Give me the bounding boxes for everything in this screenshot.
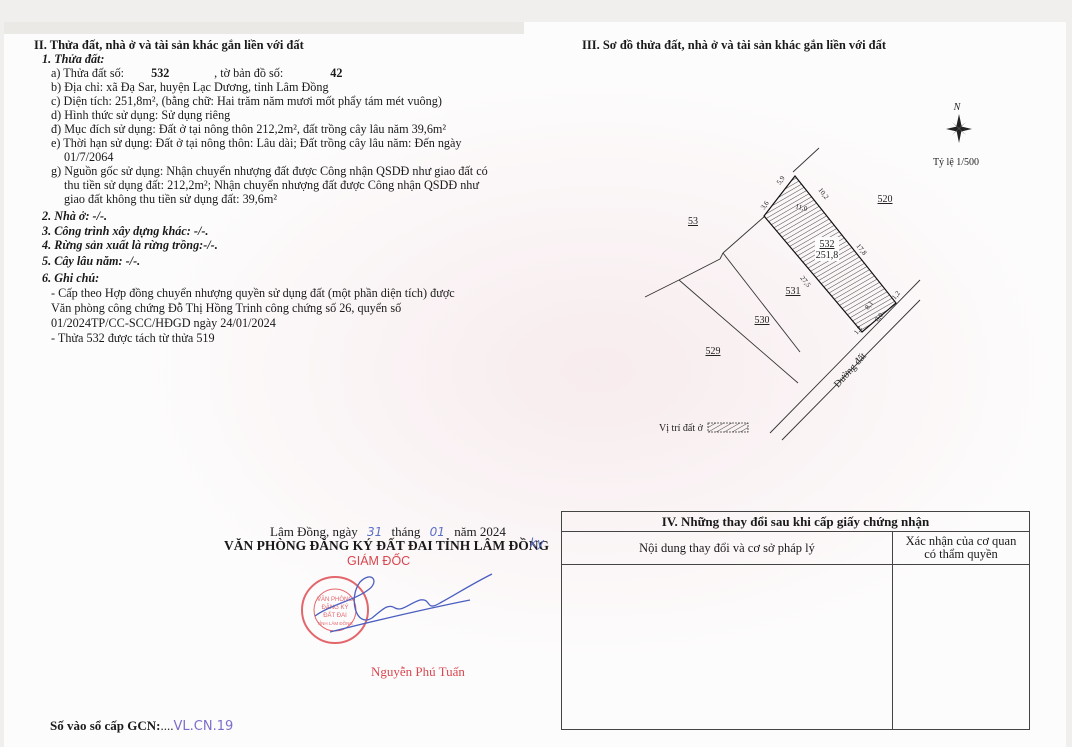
column-change-content: Nội dung thay đổi và cơ sở pháp lý (562, 532, 893, 565)
change-content-cell (562, 565, 893, 730)
legend-hatch-swatch (708, 423, 748, 432)
director-title: GIÁM ĐỐC (347, 554, 410, 568)
svg-text:N: N (953, 102, 962, 113)
parcel-53-label: 53 (688, 216, 698, 227)
road-label: Đường đất (832, 351, 869, 390)
registry-value: VL.CN.19 (174, 719, 234, 734)
section-4-title: IV. Những thay đổi sau khi cấp giấy chứn… (562, 512, 1030, 532)
registry-line: Số vào sổ cấp GCN:....VL.CN.19 (50, 718, 233, 734)
office-name: VĂN PHÒNG ĐĂNG KÝ ĐẤT ĐAI TỈNH LÂM ĐỒNG (224, 538, 549, 554)
compass-rose-icon: N (946, 102, 972, 143)
handwritten-month: 01 (430, 525, 445, 539)
svg-text:TỈNH LÂM ĐỒNG: TỈNH LÂM ĐỒNG (317, 620, 353, 626)
dim-10-2: 10,2 (816, 186, 830, 201)
legend-label: Vị trí đất ở (659, 423, 704, 434)
signer-name: Nguyễn Phú Tuấn (371, 664, 465, 680)
handwritten-initial: ky (530, 536, 544, 550)
parcel-529-label: 529 (706, 346, 721, 357)
registry-label: Số vào sổ cấp GCN: (50, 718, 161, 733)
parcel-532-label: 532 (820, 239, 835, 250)
parcel-530-label: 530 (755, 315, 770, 326)
authority-confirmation-cell (893, 565, 1030, 730)
scale-label: Tỷ lệ 1/500 (933, 157, 979, 168)
parcel-520-label: 520 (878, 194, 893, 205)
column-authority-confirmation: Xác nhận của cơ quan có thẩm quyền (893, 532, 1030, 565)
parcel-531-label: 531 (786, 286, 801, 297)
changes-table: IV. Những thay đổi sau khi cấp giấy chứn… (561, 511, 1030, 730)
svg-text:VĂN PHÒNG: VĂN PHÒNG (317, 596, 353, 603)
handwritten-day: 31 (367, 525, 382, 539)
svg-text:ĐẤT ĐAI: ĐẤT ĐAI (323, 612, 347, 619)
dim-27-5: 27,5 (798, 274, 812, 289)
parcel-532-area: 251,8 (816, 250, 839, 261)
dim-5-9: 5,9 (775, 174, 787, 186)
official-stamp: VĂN PHÒNG ĐĂNG KÝ ĐẤT ĐAI TỈNH LÂM ĐỒNG (302, 577, 368, 643)
